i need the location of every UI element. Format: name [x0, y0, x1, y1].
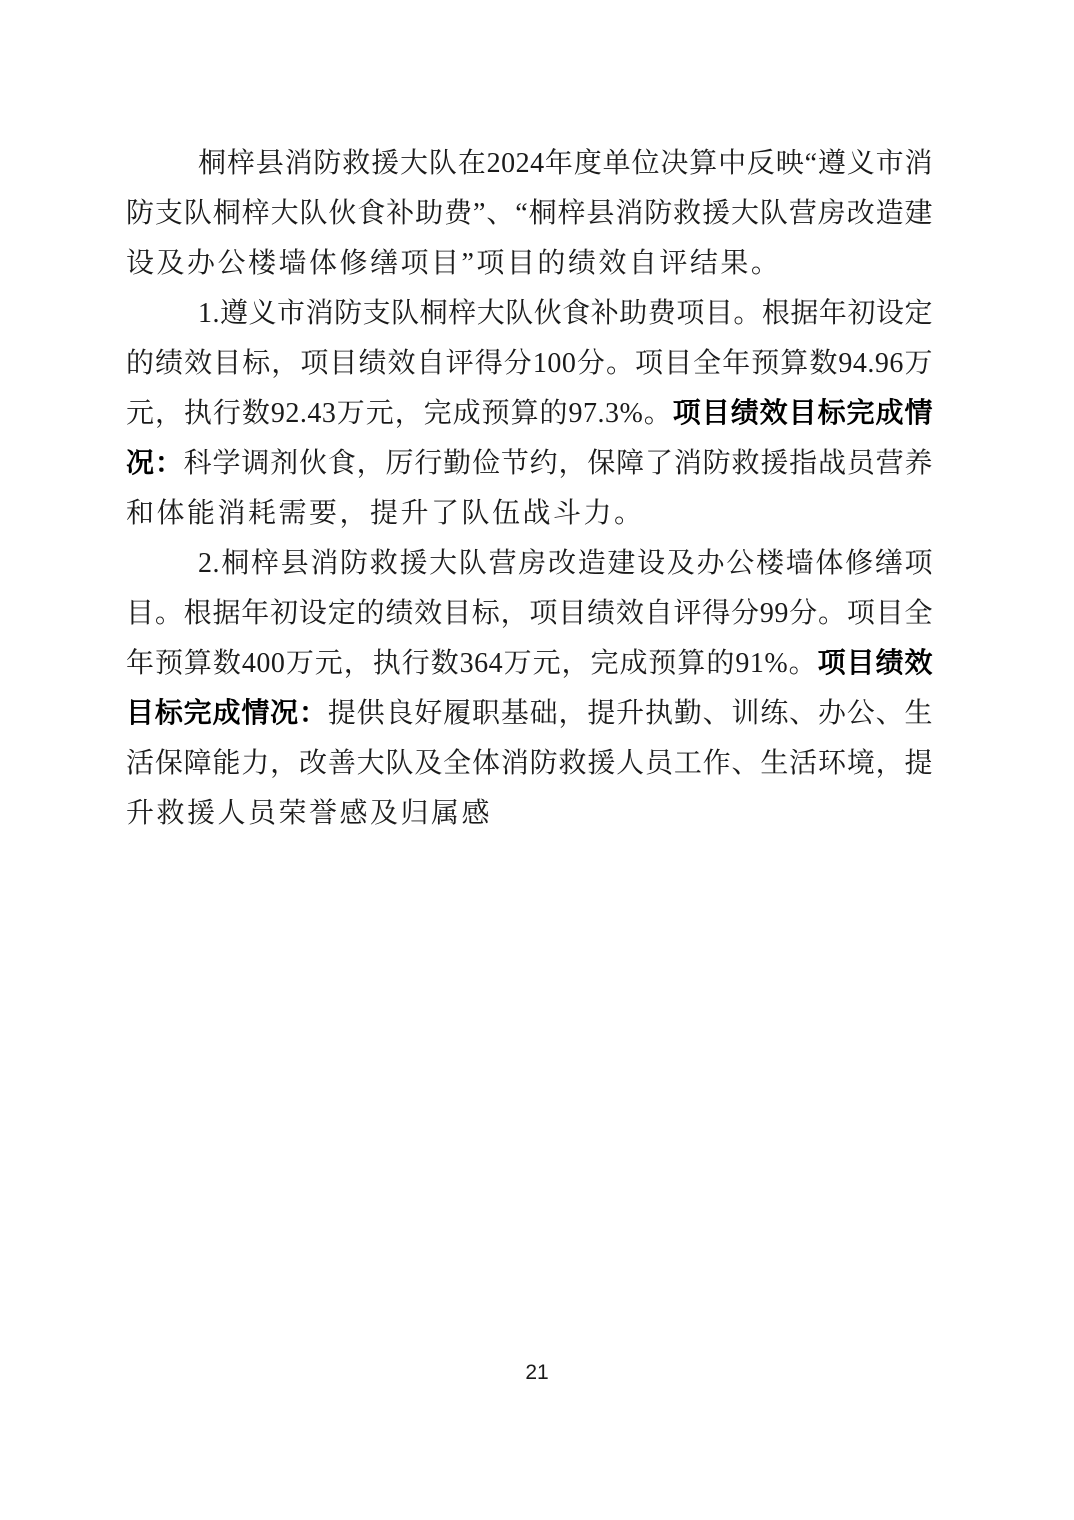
text-line-13: 活保障能力，改善大队及全体消防救援人员工作、生活环境，提	[126, 739, 933, 789]
text-line-8: 和体能消耗需要，提升了队伍战斗力。	[126, 489, 933, 539]
text-run: 元，执行数92.43万元，完成预算的97.3%。	[126, 398, 673, 429]
text-line-9: 2.桐梓县消防救援大队营房改造建设及办公楼墙体修缮项	[126, 539, 933, 589]
text-line-1: 桐梓县消防救援大队在2024年度单位决算中反映“遵义市消	[126, 139, 933, 189]
text-run: 桐梓县消防救援大队在2024年度单位决算中反映“遵义市消	[198, 148, 933, 179]
text-run: 和体能消耗需要，提升了队伍战斗力。	[126, 498, 645, 529]
text-run: 科学调剂伙食，厉行勤俭节约，保障了消防救援指战员营养	[184, 448, 933, 479]
text-run: 1.遵义市消防支队桐梓大队伙食补助费项目。根据年初设定	[198, 298, 933, 329]
text-line-7: 况：科学调剂伙食，厉行勤俭节约，保障了消防救援指战员营养	[126, 439, 933, 489]
bold-text-run: 项目绩效目标完成情	[673, 398, 933, 429]
text-line-6: 元，执行数92.43万元，完成预算的97.3%。项目绩效目标完成情	[126, 389, 933, 439]
text-line-3: 设及办公楼墙体修缮项目”项目的绩效自评结果。	[126, 239, 933, 289]
text-run: 提供良好履职基础，提升执勤、训练、办公、生	[328, 698, 933, 729]
text-line-2: 防支队桐梓大队伙食补助费”、“桐梓县消防救援大队营房改造建	[126, 189, 933, 239]
text-run: 2.桐梓县消防救援大队营房改造建设及办公楼墙体修缮项	[198, 548, 933, 579]
text-line-11: 年预算数400万元，执行数364万元，完成预算的91%。项目绩效	[126, 639, 933, 689]
document-body: 桐梓县消防救援大队在2024年度单位决算中反映“遵义市消防支队桐梓大队伙食补助费…	[126, 139, 933, 839]
text-line-4: 1.遵义市消防支队桐梓大队伙食补助费项目。根据年初设定	[126, 289, 933, 339]
text-line-5: 的绩效目标，项目绩效自评得分100分。项目全年预算数94.96万	[126, 339, 933, 389]
text-line-14: 升救援人员荣誉感及归属感	[126, 789, 933, 839]
bold-text-run: 况：	[126, 448, 184, 479]
text-run: 目。根据年初设定的绩效目标，项目绩效自评得分99分。项目全	[126, 598, 933, 629]
bold-text-run: 目标完成情况：	[126, 698, 328, 729]
text-line-12: 目标完成情况：提供良好履职基础，提升执勤、训练、办公、生	[126, 689, 933, 739]
text-run: 的绩效目标，项目绩效自评得分100分。项目全年预算数94.96万	[126, 348, 933, 379]
text-run: 防支队桐梓大队伙食补助费”、“桐梓县消防救援大队营房改造建	[126, 198, 933, 229]
text-run: 活保障能力，改善大队及全体消防救援人员工作、生活环境，提	[126, 748, 933, 779]
document-page: 桐梓县消防救援大队在2024年度单位决算中反映“遵义市消防支队桐梓大队伙食补助费…	[0, 0, 1074, 1520]
text-run: 年预算数400万元，执行数364万元，完成预算的91%。	[126, 648, 818, 679]
text-run: 设及办公楼墙体修缮项目”项目的绩效自评结果。	[126, 248, 781, 279]
text-line-10: 目。根据年初设定的绩效目标，项目绩效自评得分99分。项目全	[126, 589, 933, 639]
text-run: 升救援人员荣誉感及归属感	[126, 798, 492, 829]
page-number: 21	[0, 1358, 1074, 1388]
bold-text-run: 项目绩效	[818, 648, 933, 679]
